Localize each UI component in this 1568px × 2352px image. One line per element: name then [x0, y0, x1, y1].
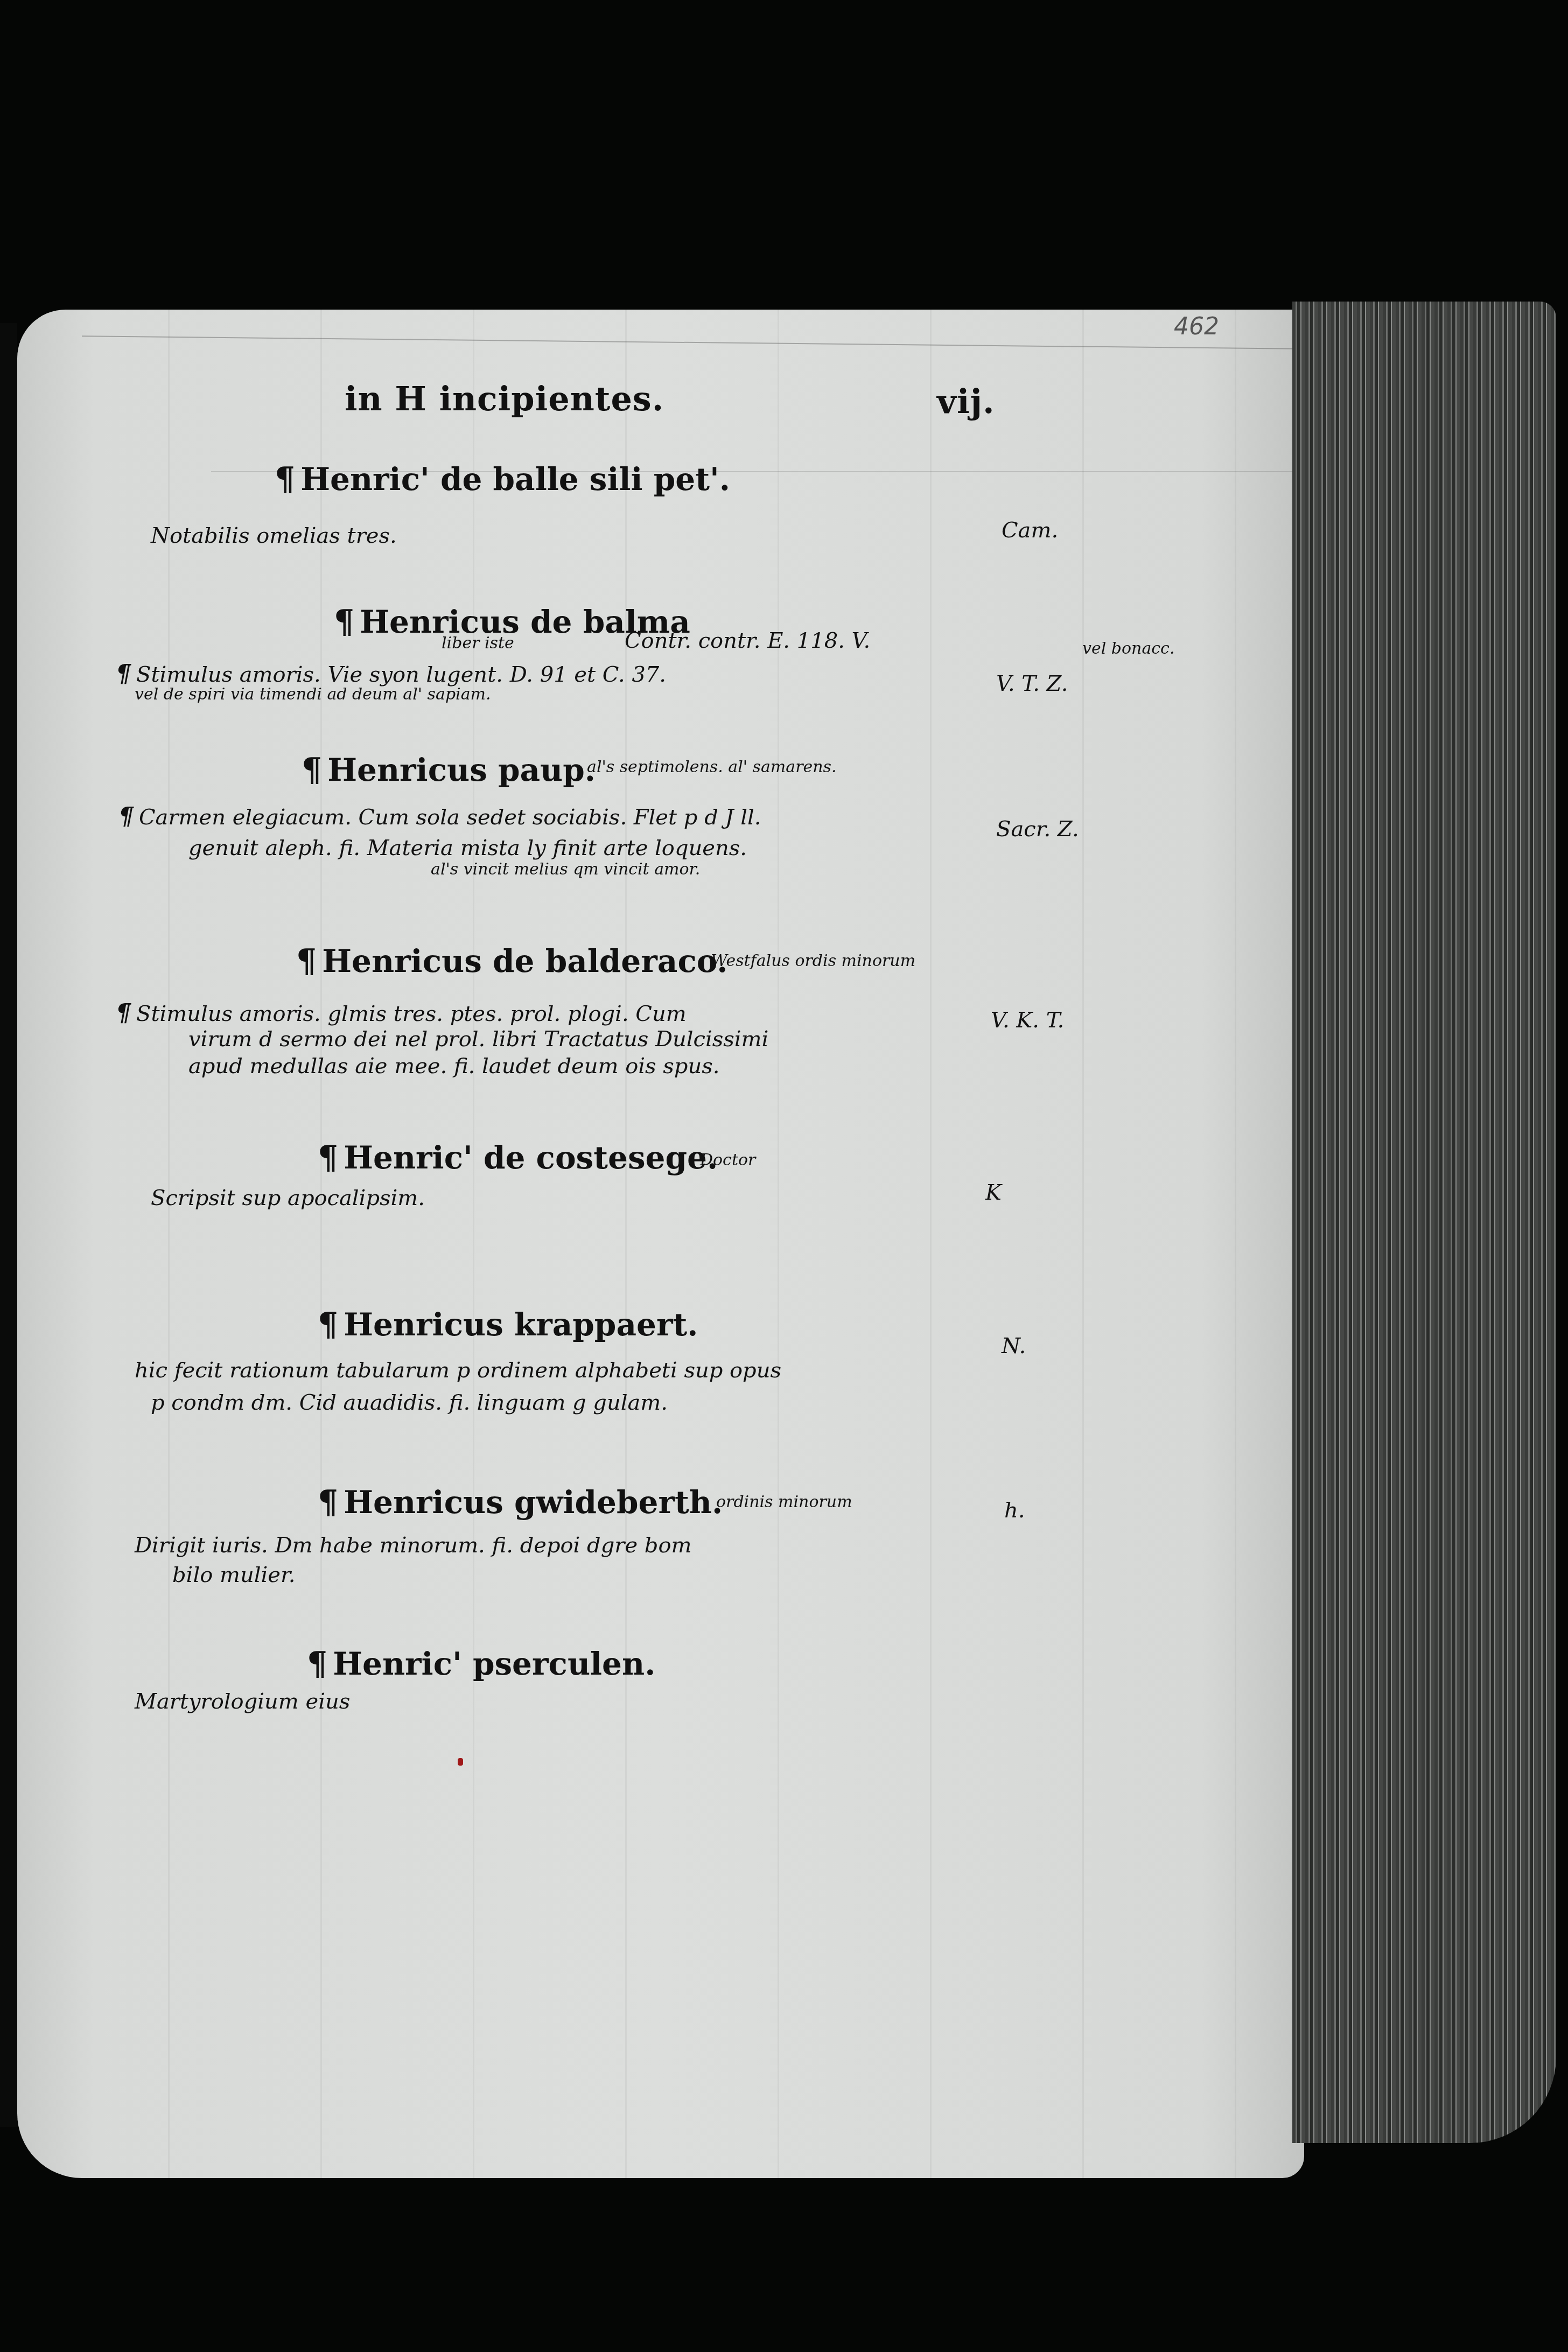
section-number: vij.: [937, 385, 995, 418]
shelfmark: K: [985, 1182, 1002, 1203]
entry-line: ¶Stimulus amoris. Vie syon lugent. D. 91…: [116, 662, 666, 686]
paragraph-mark-icon: ¶: [334, 603, 354, 641]
entry-note: ordinis minorum: [716, 1494, 852, 1510]
entry-note: liber iste: [442, 635, 514, 652]
side-note: vel bonacc.: [1082, 641, 1174, 657]
entry-line: p condm dm. Cid auadidis. fi. linguam g …: [151, 1392, 668, 1413]
binding-gutter: [0, 323, 17, 2127]
entry-name: ¶Henricus krappaert.: [318, 1308, 698, 1341]
entry-line: al's vincit melius qm vincit amor.: [431, 862, 700, 878]
entry-name: ¶Henricus gwideberth.: [318, 1486, 723, 1518]
entry-line: ¶Carmen elegiacum. Cum sola sedet sociab…: [118, 805, 761, 829]
entry-name: ¶Henricus paup.: [302, 754, 596, 786]
section-heading: in H incipientes.: [345, 382, 664, 416]
paragraph-mark-icon: ¶: [307, 1645, 327, 1683]
entry-line: apud medullas aie mee. fi. laudet deum o…: [188, 1055, 719, 1077]
entry-line: Martyrologium eius: [135, 1691, 350, 1712]
shelfmark: V. K. T.: [991, 1010, 1064, 1031]
shelfmark: V. T. Z.: [996, 673, 1068, 695]
paragraph-mark-icon: ¶: [318, 1139, 338, 1177]
folio-number: 462: [1174, 315, 1219, 339]
entry-line: Notabilis omelias tres.: [151, 525, 397, 547]
entry-interlinear: Contr. contr. E. 118. V.: [625, 630, 870, 652]
paragraph-mark-icon: ¶: [302, 751, 322, 789]
red-ink-mark: [458, 1758, 463, 1766]
entry-note: Doctor: [700, 1152, 755, 1168]
entry-name: ¶Henricus de balderaco.: [296, 945, 728, 977]
entry-line: Scripsit sup apocalipsim.: [151, 1187, 425, 1209]
entry-line: Dirigit iuris. Dm habe minorum. fi. depo…: [135, 1535, 691, 1556]
entry-name: ¶Henric' de costesege.: [318, 1142, 718, 1174]
entry-line: ¶Stimulus amoris. glmis tres. ptes. prol…: [116, 1002, 687, 1025]
paragraph-mark-icon: ¶: [318, 1306, 338, 1343]
paragraph-mark-icon: ¶: [116, 660, 131, 688]
entry-line: bilo mulier.: [172, 1564, 295, 1586]
shelfmark: N.: [1002, 1335, 1026, 1357]
paragraph-mark-icon: ¶: [275, 460, 295, 498]
shelfmark: Sacr. Z.: [996, 818, 1079, 840]
top-ruling-line: [82, 335, 1299, 349]
book-fore-edge: [1292, 302, 1556, 2143]
paragraph-mark-icon: ¶: [296, 942, 317, 980]
paragraph-mark-icon: ¶: [318, 1483, 338, 1521]
entry-name: ¶Henric' de balle sili pet'.: [275, 463, 730, 495]
manuscript-page: [17, 310, 1304, 2178]
entry-line: hic fecit rationum tabularum p ordinem a…: [135, 1360, 781, 1381]
paragraph-mark-icon: ¶: [116, 999, 131, 1027]
entry-line: vel de spiri via timendi ad deum al' sap…: [135, 687, 491, 703]
entry-line: genuit aleph. fi. Materia mista ly finit…: [188, 837, 747, 859]
entry-name: ¶Henric' pserculen.: [307, 1648, 655, 1680]
entry-note: al's septimolens. al' samarens.: [587, 759, 837, 775]
shelfmark: h.: [1004, 1500, 1025, 1521]
entry-note: Westfalus ordis minorum: [711, 953, 915, 969]
shelfmark: Cam.: [1002, 520, 1058, 541]
entry-line: virum d sermo dei nel prol. libri Tracta…: [188, 1028, 768, 1050]
paragraph-mark-icon: ¶: [118, 803, 134, 830]
